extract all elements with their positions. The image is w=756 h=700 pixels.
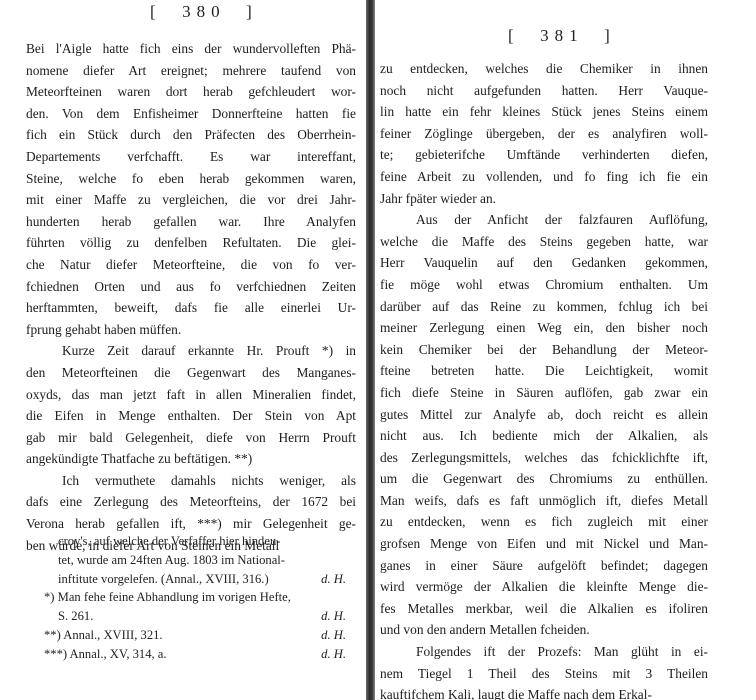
- text-line: meiner Zerlegung einen Weg ein, den bish…: [380, 317, 708, 339]
- paragraph: Bei l'Aigle hatte fich eins der wundervo…: [26, 38, 356, 340]
- footnote-text: tet, wurde am 24ften Aug. 1803 im Nation…: [58, 551, 285, 570]
- text-line: hunderten herab gefallen war. Ihre Analy…: [26, 211, 356, 233]
- text-line: kauftifchem Kali, laugt die Maffe nach d…: [380, 684, 708, 700]
- paragraph: Kurze Zeit darauf erkannte Hr. Prouft *)…: [26, 340, 356, 470]
- text-line: Herr Vauquelin auf den Gedanken gekommen…: [380, 252, 708, 274]
- text-line: fchiednen Orten und aus fo verfchiednen …: [26, 276, 356, 298]
- text-line: Ich vermuthete damahls nichts weniger, a…: [26, 470, 356, 492]
- text-line: gutes Mittel zur Analyfe ab, doch reicht…: [380, 404, 708, 426]
- book-spread: [ 380 ] Bei l'Aigle hatte fich eins der …: [0, 0, 756, 700]
- left-footnotes: croy's, auf welche der Verfaffer hier hi…: [44, 532, 350, 664]
- text-line: die Eifen in Menge enthalten. Der Stein …: [26, 405, 356, 427]
- text-line: mit einer Maffe zu vergleichen, die vor …: [26, 189, 356, 211]
- paragraph: Aus der Anficht der falzfauren Auflöfung…: [380, 209, 708, 641]
- text-line: darüber auf das Reine zu kommen, fchlug …: [380, 296, 708, 318]
- paragraph: zu entdecken, welches die Chemiker in ih…: [380, 58, 708, 209]
- text-line: che Natur diefer Meteorfteine, die von f…: [26, 254, 356, 276]
- text-line: nicht aus. Ich bediente mich der Alkalie…: [380, 425, 708, 447]
- text-line: wird vermöge der Alkalien die kleinfte M…: [380, 576, 708, 598]
- footnote-continuation-line: croy's, auf welche der Verfaffer hier hi…: [44, 532, 350, 551]
- paragraph: Folgendes ift der Prozefs: Man glüht in …: [380, 641, 708, 700]
- text-line: nem Tiegel 1 Theil des Steins mit 3 Thei…: [380, 663, 708, 685]
- left-page: [ 380 ] Bei l'Aigle hatte fich eins der …: [0, 0, 366, 700]
- text-line: grofsen Menge von Eifen und mit Nickel u…: [380, 533, 708, 555]
- footnote-text: S. 261.: [58, 607, 93, 626]
- page-number-right: [ 381 ]: [508, 26, 616, 46]
- footnote: **) Annal., XVIII, 321.d. H.: [44, 626, 350, 645]
- text-line: kein Chemiker bei der Behandlung der Met…: [380, 339, 708, 361]
- text-line: Jahr fpäter wieder an.: [380, 188, 708, 210]
- book-gutter: [366, 0, 375, 700]
- text-line: um die Gegenwart des Chromiums zu enthül…: [380, 468, 708, 490]
- text-line: Kurze Zeit darauf erkannte Hr. Prouft *)…: [26, 340, 356, 362]
- right-page: [ 381 ] zu entdecken, welches die Chemik…: [376, 0, 756, 700]
- footnote-text: inftitute vorgelefen. (Annal., XVIII, 31…: [58, 570, 269, 589]
- text-line: des Zerlegungsmittels, welches das fchic…: [380, 447, 708, 469]
- right-body-text: zu entdecken, welches die Chemiker in ih…: [380, 58, 708, 700]
- text-line: te; gebieterifche Umftände verhinderten …: [380, 144, 708, 166]
- footnote-continuation-line: inftitute vorgelefen. (Annal., XVIII, 31…: [44, 570, 350, 589]
- text-line: nomene diefer Art ereignet; mehrere tauf…: [26, 60, 356, 82]
- text-line: fich ein Stück durch den Präfecten des O…: [26, 124, 356, 146]
- text-line: fes Metalles merkbar, weil die Alkalien …: [380, 598, 708, 620]
- text-line: dafs eine Zerlegung des Meteorfteins, de…: [26, 491, 356, 513]
- text-line: fie möge wohl etwas Chromium enthalten. …: [380, 274, 708, 296]
- text-line: feiner Zöglinge übergeben, der es analyf…: [380, 123, 708, 145]
- text-line: ganes in einer Säure aufgelöft befindet;…: [380, 555, 708, 577]
- text-line: welche die Maffe des Steins gegeben hatt…: [380, 231, 708, 253]
- footnote-signature: d. H.: [321, 570, 350, 589]
- text-line: Man weifs, dafs es faft unmöglich ift, d…: [380, 490, 708, 512]
- page-number-left: [ 380 ]: [150, 2, 258, 22]
- footnote: *) Man fehe feine Abhandlung im vorigen …: [44, 588, 350, 607]
- text-line: lin hatte ein fehr kleines Stück jenes S…: [380, 101, 708, 123]
- footnote-text: *) Man fehe feine Abhandlung im vorigen …: [44, 588, 291, 607]
- text-line: den. Von dem Enfisheimer Donnerfteine ha…: [26, 103, 356, 125]
- footnote-text: **) Annal., XVIII, 321.: [44, 626, 163, 645]
- footnote-signature: d. H.: [321, 645, 350, 664]
- text-line: gab mir bald Gelegenheit, diefe von Herr…: [26, 427, 356, 449]
- footnote-continuation-line: S. 261.d. H.: [44, 607, 350, 626]
- footnote-text: croy's, auf welche der Verfaffer hier hi…: [58, 532, 280, 551]
- footnote: ***) Annal., XV, 314, a.d. H.: [44, 645, 350, 664]
- footnote-signature: d. H.: [321, 626, 350, 645]
- text-line: Aus der Anficht der falzfauren Auflöfung…: [380, 209, 708, 231]
- text-line: Departements verfchafft. Es war intereff…: [26, 146, 356, 168]
- text-line: fteine betreten hatte. Die Leichtigkeit,…: [380, 360, 708, 382]
- text-line: noch nicht aufgefunden hatten. Herr Vauq…: [380, 80, 708, 102]
- footnote-signature: d. H.: [321, 607, 350, 626]
- text-line: feine Arbeit zu vollenden, und fo fing i…: [380, 166, 708, 188]
- text-line: Steine, welche fo eben herab gekommen wa…: [26, 168, 356, 190]
- text-line: Meteorfteinen waren dort herab gefchleud…: [26, 81, 356, 103]
- left-body-text: Bei l'Aigle hatte fich eins der wundervo…: [26, 38, 356, 556]
- text-line: und von den andern Metallen fcheiden.: [380, 619, 708, 641]
- text-line: zu entdecken, welches die Chemiker in ih…: [380, 58, 708, 80]
- footnote-text: ***) Annal., XV, 314, a.: [44, 645, 167, 664]
- text-line: fich diefe Steine in Säuren auflöfen, ga…: [380, 382, 708, 404]
- footnote-continuation-line: tet, wurde am 24ften Aug. 1803 im Nation…: [44, 551, 350, 570]
- text-line: fprung gehabt haben müffen.: [26, 319, 356, 341]
- text-line: den Meteorfteinen die Gegenwart des Mang…: [26, 362, 356, 384]
- text-line: zu entdecken, wenn es fich zugleich mit …: [380, 511, 708, 533]
- text-line: herftammten, beweift, dafs fie alle eine…: [26, 297, 356, 319]
- text-line: angekündigte Thatfache zu beftätigen. **…: [26, 448, 356, 470]
- text-line: führten völlig zu denfelben Refultaten. …: [26, 232, 356, 254]
- text-line: Folgendes ift der Prozefs: Man glüht in …: [380, 641, 708, 663]
- text-line: Bei l'Aigle hatte fich eins der wundervo…: [26, 38, 356, 60]
- text-line: oxyds, das man jetzt faft in allen Miner…: [26, 384, 356, 406]
